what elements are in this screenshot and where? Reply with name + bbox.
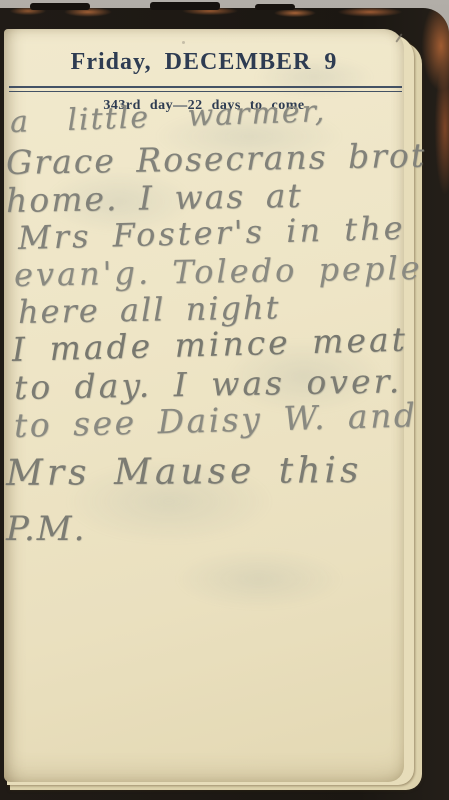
diary-page: Friday, DECEMBER 9 343rd day—22 days to … (4, 29, 404, 782)
cover-worn-edge (30, 3, 90, 10)
handwriting-line: P.M. (6, 509, 86, 549)
cover-worn-edge (150, 2, 220, 10)
handwriting-area: a little warmer, Grace Rosecrans brot ho… (4, 29, 404, 782)
diary-scan: Friday, DECEMBER 9 343rd day—22 days to … (0, 0, 449, 800)
handwriting-line: evan'g. Toledo peple (14, 249, 423, 294)
handwriting-line: Mrs Mause this (6, 450, 363, 494)
handwriting-line: Grace Rosecrans brot (6, 136, 427, 182)
handwriting-line: a little warmer, (9, 94, 326, 140)
cover-worn-edge (255, 4, 295, 10)
